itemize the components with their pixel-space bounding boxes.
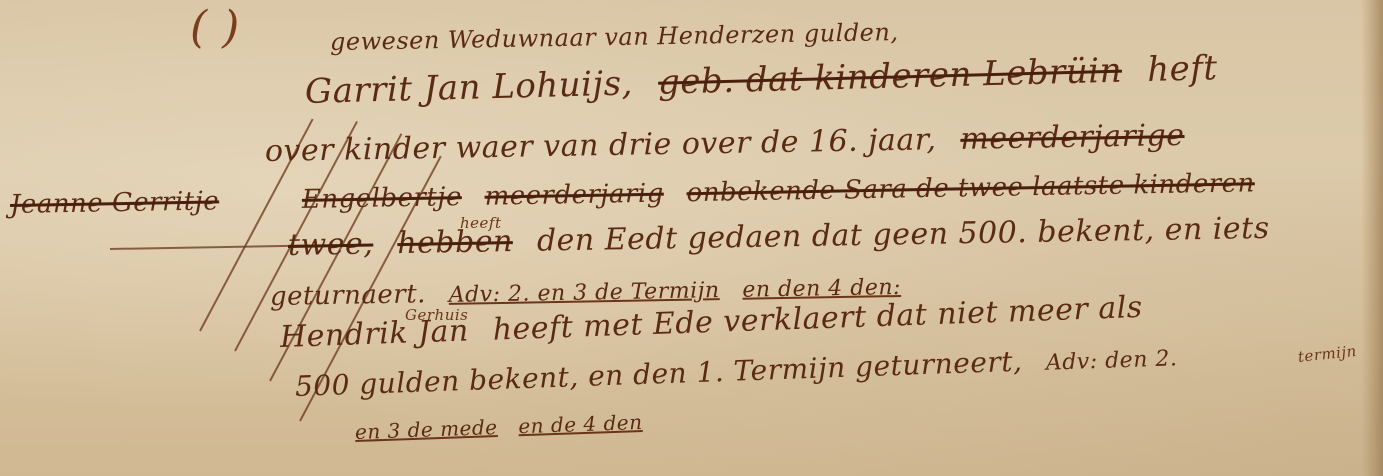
paper-edge [1361,0,1383,476]
annotation-text: en 3 de mede [355,415,498,444]
annotation-text: Adv: den 2. [1045,346,1177,376]
person-name: Hendrik Jan [279,313,469,355]
annotation-text: Adv: 2. en 3 de Termijn [448,278,719,308]
line-text: geturnaert. [270,279,426,312]
struck-text: twee, [288,227,374,263]
line-text: heft [1147,48,1218,90]
annotation-text: en de 4 den [518,410,643,438]
struck-text: meerderjarig [484,179,664,212]
struck-name: Engelbertje [302,182,462,215]
struck-text: hebben [397,224,513,261]
struck-text: meerderjarige [960,118,1185,157]
margin-bracket: ( ) [190,2,240,53]
struck-name: Jeanne Gerritje [10,186,220,220]
